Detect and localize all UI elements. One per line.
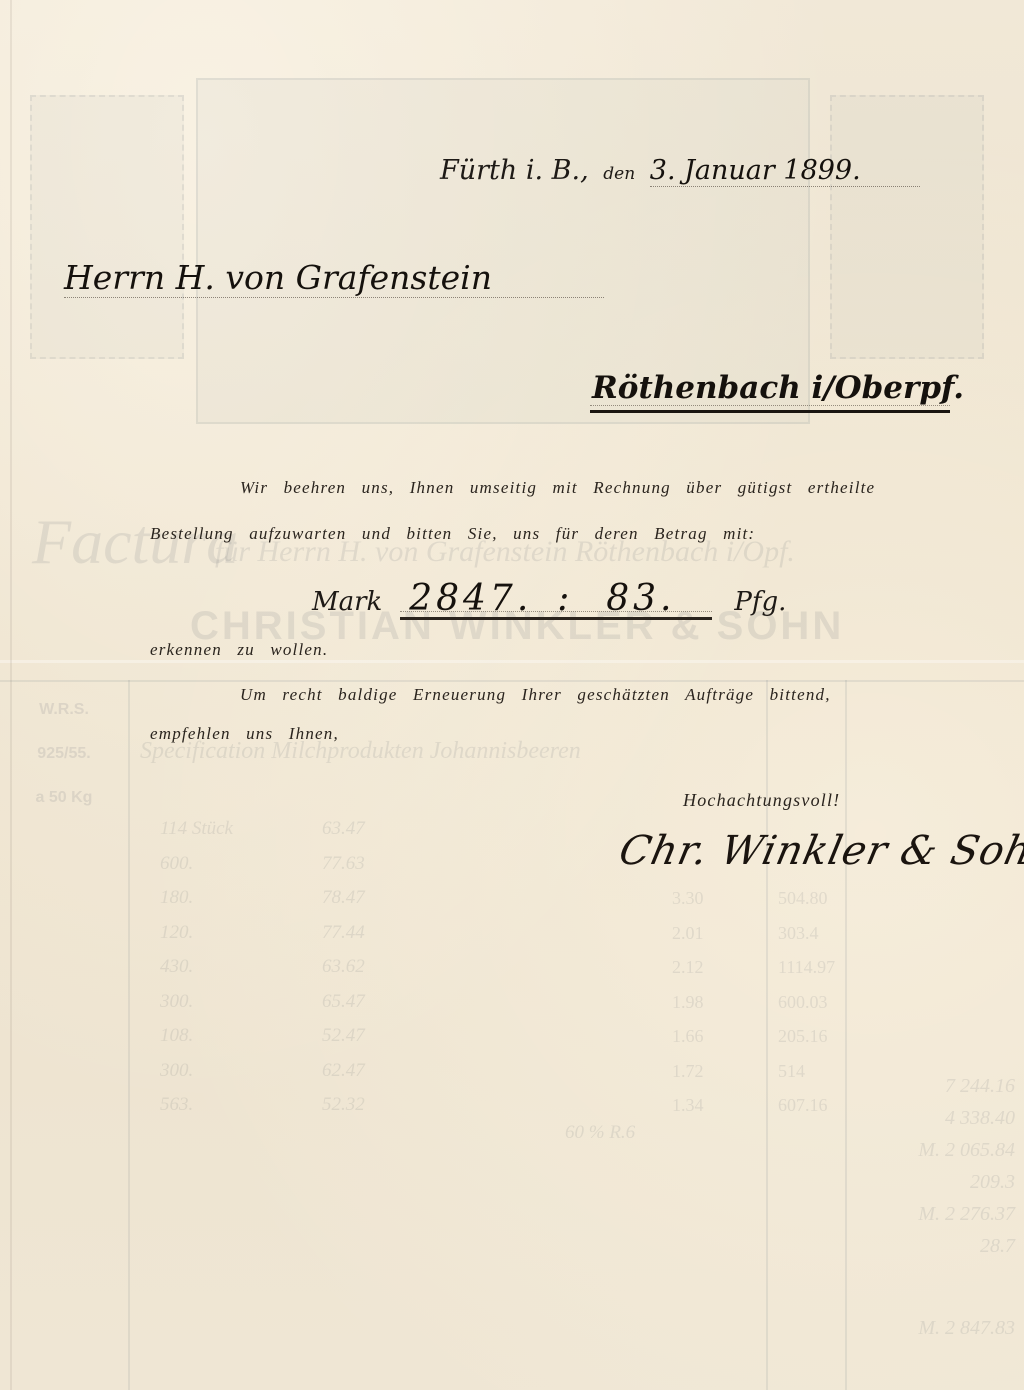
- closing-salutation: Hochachtungsvoll!: [683, 790, 840, 811]
- den-label: den: [603, 164, 635, 184]
- paragraph-1-line-2: Bestellung aufzuwarten und bitten Sie, u…: [150, 524, 755, 544]
- mark-label: Mark: [312, 587, 382, 617]
- city-underline: [590, 410, 950, 413]
- letter-date: 3. Januar 1899.: [650, 155, 920, 187]
- bleed-letterhead-left-panel: [30, 95, 184, 359]
- paper-fold-horizontal: [0, 660, 1024, 663]
- bleed-table-rule: [845, 680, 847, 1390]
- pfennig-label: Pfg.: [734, 587, 786, 617]
- bleed-left-column: W.R.S. 925/55. a 50 Kg: [0, 688, 128, 820]
- bleed-amount-column: 504.80303.41114.97 600.03205.16514 607.1…: [778, 881, 835, 1123]
- amount-underline: [400, 617, 712, 620]
- paragraph-2-line-2: empfehlen uns Ihnen,: [150, 724, 339, 744]
- mark-value: 2847.: [409, 578, 532, 619]
- date-line: Fürth i. B., den 3. Januar 1899.: [440, 155, 920, 187]
- bleed-weight-column: 63.4777.6378.47 77.4463.6265.47 52.4762.…: [322, 812, 365, 1123]
- bleed-price-column: 3.302.012.12 1.981.661.72 1.34: [672, 881, 704, 1123]
- signature: Chr. Winkler & Sohn: [615, 828, 1024, 874]
- recipient-line: Herrn H. von Grafenstein: [64, 258, 604, 298]
- paragraph-1-end: erkennen zu wollen.: [150, 640, 328, 660]
- paragraph-2-line-1: Um recht baldige Erneuerung Ihrer geschä…: [240, 685, 831, 705]
- bleed-margin-note: 60 % R.6: [565, 1122, 635, 1144]
- bleed-table-rule: [128, 680, 130, 1390]
- amount-separator: :: [557, 578, 573, 619]
- amount-line: Mark 2847. : 83. Pfg.: [312, 578, 786, 619]
- bleed-letterhead-right-panel: [830, 95, 984, 359]
- amount-dotted-line: [400, 611, 712, 612]
- recipient-city: Röthenbach i/Oberpf.: [592, 370, 964, 406]
- place-of-writing: Fürth i. B.,: [440, 155, 589, 186]
- recipient-name: Herrn H. von Grafenstein: [64, 258, 604, 298]
- bleed-table-top-rule: [0, 680, 1024, 682]
- bleed-totals-column: 7 244.164 338.40M. 2 065.84 209.3M. 2 27…: [850, 1070, 1015, 1344]
- pfennig-value: 83.: [606, 578, 675, 619]
- bleed-table-rule: [766, 680, 768, 1390]
- bleed-qty-column: 114 Stück600.180. 120.430.300. 108.300.5…: [160, 812, 233, 1123]
- paragraph-1-line-1: Wir beehren uns, Ihnen umseitig mit Rech…: [240, 478, 875, 498]
